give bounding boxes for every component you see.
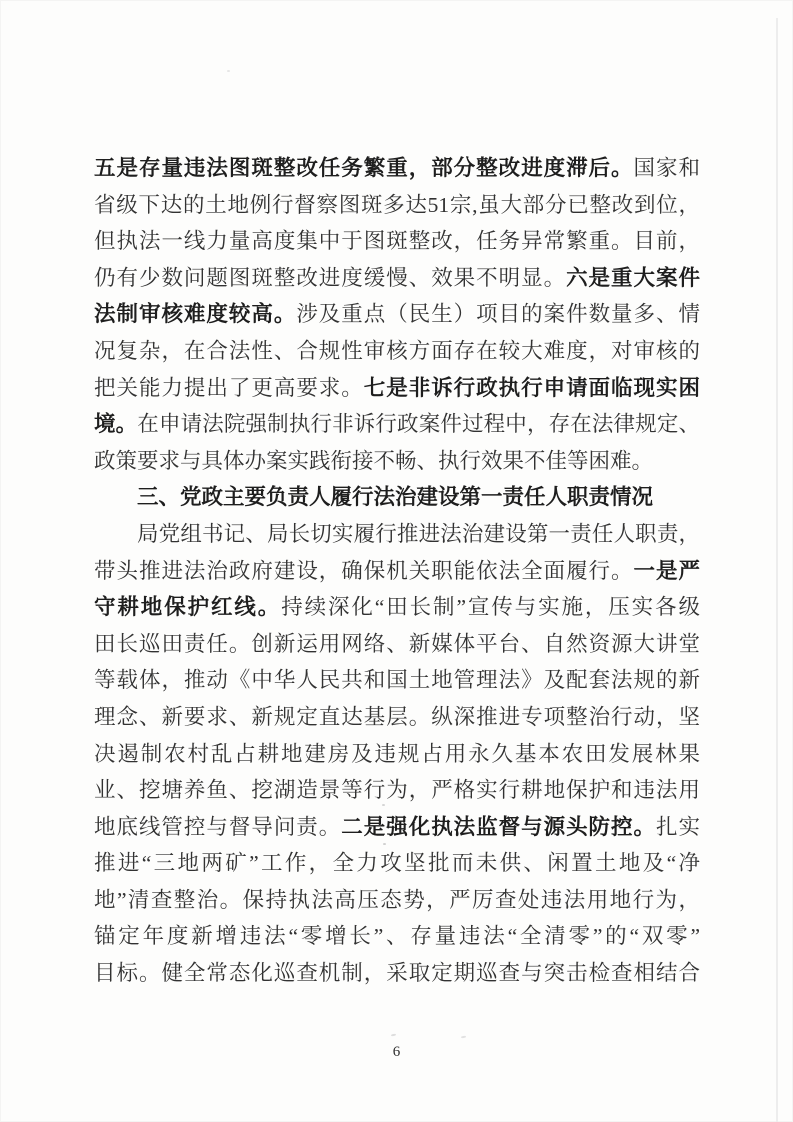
text-run: 决遏制农村乱占耕地建房及违规占用永久基本农田发展林果 <box>94 742 700 766</box>
text-run: 地底线管控与督导问责。 <box>94 815 341 839</box>
text-run: 况复杂，在合法性、合规性审核方面存在较大难度，对审核的 <box>94 339 700 363</box>
text-run: 涉及重点（民生）项目的案件数量多、情 <box>296 302 700 326</box>
text-line: 锚定年度新增违法“零增长”、存量违法“全清零”的“双零” <box>94 918 700 955</box>
text-line: 守耕地保护红线。持续深化“田长制”宣传与实施，压实各级 <box>94 589 700 626</box>
text-line: 业、挖塘养鱼、挖湖造景等行为，严格实行耕地保护和违法用 <box>94 772 700 809</box>
text-run: 但执法一线力量高度集中于图斑整改，任务异常繁重。目前， <box>94 229 700 253</box>
text-line: 地底线管控与督导问责。二是强化执法监督与源头防控。扎实 <box>94 809 700 846</box>
text-line: 但执法一线力量高度集中于图斑整改，任务异常繁重。目前， <box>94 223 700 260</box>
text-run: 锚定年度新增违法“零增长”、存量违法“全清零”的“双零” <box>94 924 700 948</box>
text-line: 仍有少数问题图斑整改进度缓慢、效果不明显。六是重大案件 <box>94 260 700 297</box>
text-run: 仍有少数问题图斑整改进度缓慢、效果不明显。 <box>94 266 566 290</box>
text-line: 政策要求与具体办案实践衔接不畅、执行效果不佳等困难。 <box>94 443 700 480</box>
text-line: 把关能力提出了更高要求。七是非诉行政执行申请面临现实困 <box>94 370 700 407</box>
text-line: 决遏制农村乱占耕地建房及违规占用永久基本农田发展林果 <box>94 736 700 773</box>
scan-speck <box>461 1036 466 1039</box>
scan-speck <box>391 1034 396 1037</box>
text-run: 在申请法院强制执行非诉行政案件过程中，存在法律规定、 <box>137 412 700 436</box>
text-run: 把关能力提出了更高要求。 <box>94 376 364 400</box>
text-line: 法制审核难度较高。涉及重点（民生）项目的案件数量多、情 <box>94 296 700 333</box>
text-run: 田长巡田责任。创新运用网络、新媒体平台、自然资源大讲堂 <box>94 632 700 656</box>
text-run: 目标。健全常态化巡查机制，采取定期巡查与突击检查相结合 <box>94 961 700 985</box>
text-run: 省级下达的土地例行督察图斑多达51宗,虽大部分已整改到位， <box>94 193 700 217</box>
document-page: 五是存量违法图斑整改任务繁重，部分整改进度滞后。国家和省级下达的土地例行督察图斑… <box>0 0 793 1122</box>
text-run: 带头推进法治政府建设，确保机关职能依法全面履行。 <box>94 559 634 583</box>
scan-speck <box>383 843 386 845</box>
text-line: 田长巡田责任。创新运用网络、新媒体平台、自然资源大讲堂 <box>94 626 700 663</box>
bold-text-run: 境。 <box>94 412 137 436</box>
text-run: 持续深化“田长制”宣传与实施，压实各级 <box>281 595 700 619</box>
text-block: 五是存量违法图斑整改任务繁重，部分整改进度滞后。国家和省级下达的土地例行督察图斑… <box>94 150 700 992</box>
text-run: 地”清查整治。保持执法高压态势，严厉查处违法用地行为， <box>94 888 700 912</box>
section-heading: 三、党政主要负责人履行法治建设第一责任人职责情况 <box>94 479 700 516</box>
bold-text-run: 法制审核难度较高。 <box>94 302 296 326</box>
bold-text-run: 六是重大案件 <box>566 266 700 290</box>
text-run: 扎实 <box>656 815 700 839</box>
text-line: 地”清查整治。保持执法高压态势，严厉查处违法用地行为， <box>94 882 700 919</box>
text-run: 局党组书记、局长切实履行推进法治建设第一责任人职责， <box>137 522 700 546</box>
scan-speck <box>382 804 385 806</box>
text-run: 推进“三地两矿”工作，全力攻坚批而未供、闲置土地及“净 <box>94 851 700 875</box>
text-run: 理念、新要求、新规定直达基层。纵深推进专项整治行动，坚 <box>94 705 700 729</box>
text-line: 理念、新要求、新规定直达基层。纵深推进专项整治行动，坚 <box>94 699 700 736</box>
bold-text-run: 三、党政主要负责人履行法治建设第一责任人职责情况 <box>137 485 653 509</box>
text-run: 国家和 <box>634 156 700 180</box>
text-line: 五是存量违法图斑整改任务繁重，部分整改进度滞后。国家和 <box>94 150 700 187</box>
text-line: 等载体，推动《中华人民共和国土地管理法》及配套法规的新 <box>94 662 700 699</box>
page-number: 6 <box>0 1044 793 1061</box>
text-line: 目标。健全常态化巡查机制，采取定期巡查与突击检查相结合 <box>94 955 700 992</box>
text-line: 局党组书记、局长切实履行推进法治建设第一责任人职责， <box>94 516 700 553</box>
bold-text-run: 一是严 <box>634 559 700 583</box>
text-run: 政策要求与具体办案实践衔接不畅、执行效果不佳等困难。 <box>94 449 653 473</box>
text-line: 带头推进法治政府建设，确保机关职能依法全面履行。一是严 <box>94 553 700 590</box>
bold-text-run: 五是存量违法图斑整改任务繁重，部分整改进度滞后。 <box>94 156 634 180</box>
bold-text-run: 二是强化执法监督与源头防控。 <box>341 815 656 839</box>
bold-text-run: 七是非诉行政执行申请面临现实困 <box>364 376 700 400</box>
text-line: 况复杂，在合法性、合规性审核方面存在较大难度，对审核的 <box>94 333 700 370</box>
text-line: 省级下达的土地例行督察图斑多达51宗,虽大部分已整改到位， <box>94 187 700 224</box>
scanned-page-edge-line <box>776 18 778 1122</box>
scan-speck <box>227 70 230 72</box>
bold-text-run: 守耕地保护红线。 <box>94 595 281 619</box>
text-line: 境。在申请法院强制执行非诉行政案件过程中，存在法律规定、 <box>94 406 700 443</box>
text-run: 等载体，推动《中华人民共和国土地管理法》及配套法规的新 <box>94 668 700 692</box>
text-run: 业、挖塘养鱼、挖湖造景等行为，严格实行耕地保护和违法用 <box>94 778 700 802</box>
text-line: 推进“三地两矿”工作，全力攻坚批而未供、闲置土地及“净 <box>94 845 700 882</box>
